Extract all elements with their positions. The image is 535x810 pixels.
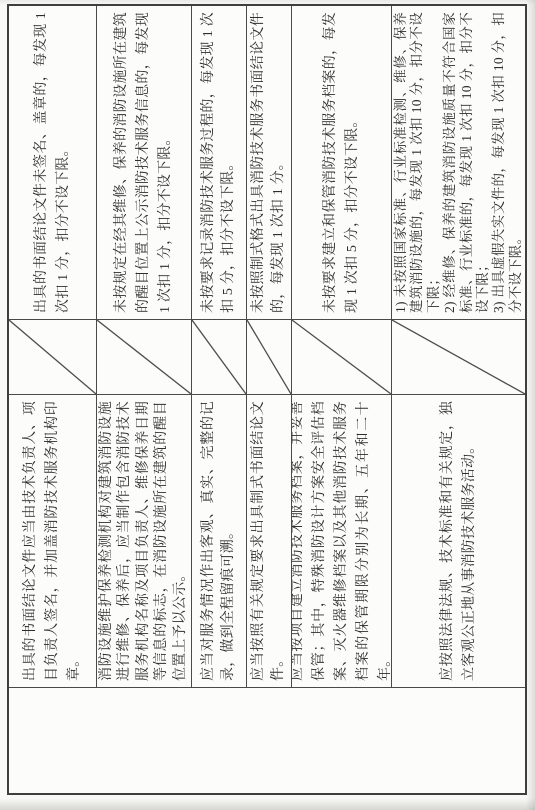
slash-icon [392, 320, 525, 394]
requirement-cell: 应当按项目建立消防技术服务档案，并妥善保管；其中，特殊消防设计方案安全评估档案、… [291, 395, 391, 688]
deduction-text: 未按要求建立和保管消防技术服务档案的，每发现 1 次扣 5 分，扣分不设下限。 [320, 12, 364, 313]
slash-cell [9, 320, 96, 395]
inspection-scoring-table: 出具的书面结论文件应当由技术负责人、项目负责人签名，并加盖消防技术服务机构印章。… [7, 4, 527, 795]
deduction-cell: 未按规定在经其维修、保养的消防设施所在建筑的醒目位置上公示消防技术服务信息的，每… [96, 6, 191, 320]
requirement-cell: 应按照法律法规、技术标准和有关规定，独立客观公正地从事消防技术服务活动。 [391, 395, 525, 688]
requirement-text: 应当按项目建立消防技术服务档案，并妥善保管；其中，特殊消防设计方案安全评估档案、… [291, 401, 391, 681]
requirement-text: 出具的书面结论文件应当由技术负责人、项目负责人签名，并加盖消防技术服务机构印章。 [20, 401, 86, 681]
requirement-text: 消防设施维护保养检测机构对建筑消防设施进行维修、保养后，应当制作包含消防技术服务… [98, 401, 190, 681]
deduction-cell: 未按要求建立和保管消防技术服务档案的，每发现 1 次扣 5 分，扣分不设下限。 [291, 6, 391, 320]
deduction-text: 未按要求记录消防技术服务过程的，每发现 1 次扣 5 分，扣分不设下限。 [199, 12, 239, 313]
requirement-text: 应按照法律法规、技术标准和有关规定，独立客观公正地从事消防技术服务活动。 [437, 401, 481, 681]
slash-icon [247, 320, 291, 394]
scanned-document-page: 出具的书面结论文件应当由技术负责人、项目负责人签名，并加盖消防技术服务机构印章。… [0, 0, 535, 810]
requirement-cell: 应当对服务情况作出客观、真实、完整的记录，做到全程留痕可溯。 [191, 395, 246, 688]
slash-icon [192, 320, 246, 394]
slash-cell [391, 320, 525, 395]
slash-cell [96, 320, 191, 395]
slash-cell [291, 320, 391, 395]
slash-icon [9, 320, 96, 394]
requirement-text: 应当对服务情况作出客观、真实、完整的记录，做到全程留痕可溯。 [199, 401, 239, 681]
requirement-cell: 消防设施维护保养检测机构对建筑消防设施进行维修、保养后，应当制作包含消防技术服务… [96, 395, 191, 688]
requirement-text: 应当按照有关规定要求出具制式书面结论文件。 [249, 401, 289, 681]
requirement-cell: 出具的书面结论文件应当由技术负责人、项目负责人签名，并加盖消防技术服务机构印章。 [9, 395, 96, 688]
deduction-cell: 出具的书面结论文件未签名、盖章的，每发现 1 次扣 1 分，扣分不设下限。 [9, 6, 96, 320]
deduction-text: 出具的书面结论文件未签名、盖章的，每发现 1 次扣 1 分，扣分不设下限。 [31, 12, 75, 313]
deduction-text: 未按规定在经其维修、保养的消防设施所在建筑的醒目位置上公示消防技术服务信息的，每… [111, 12, 177, 313]
deduction-text: 1) 未按照国家标准、行业标准检测、维修、保养建筑消防设施的，每发现 1 次扣 … [393, 12, 524, 313]
merged-empty-cell [9, 688, 525, 793]
deduction-cell: 1) 未按照国家标准、行业标准检测、维修、保养建筑消防设施的，每发现 1 次扣 … [391, 6, 525, 320]
slash-cell [191, 320, 246, 395]
deduction-cell: 未按要求记录消防技术服务过程的，每发现 1 次扣 5 分，扣分不设下限。 [191, 6, 246, 320]
rotated-table-stage: 出具的书面结论文件应当由技术负责人、项目负责人签名，并加盖消防技术服务机构印章。… [0, 0, 535, 810]
slash-icon [97, 320, 191, 394]
slash-icon [292, 320, 391, 394]
deduction-cell: 未按照制式格式出具消防技术服务书面结论文件的，每发现 1 次扣 1 分。 [246, 6, 291, 320]
slash-cell [246, 320, 291, 395]
deduction-text: 未按照制式格式出具消防技术服务书面结论文件的，每发现 1 次扣 1 分。 [249, 12, 289, 313]
requirement-cell: 应当按照有关规定要求出具制式书面结论文件。 [246, 395, 291, 688]
